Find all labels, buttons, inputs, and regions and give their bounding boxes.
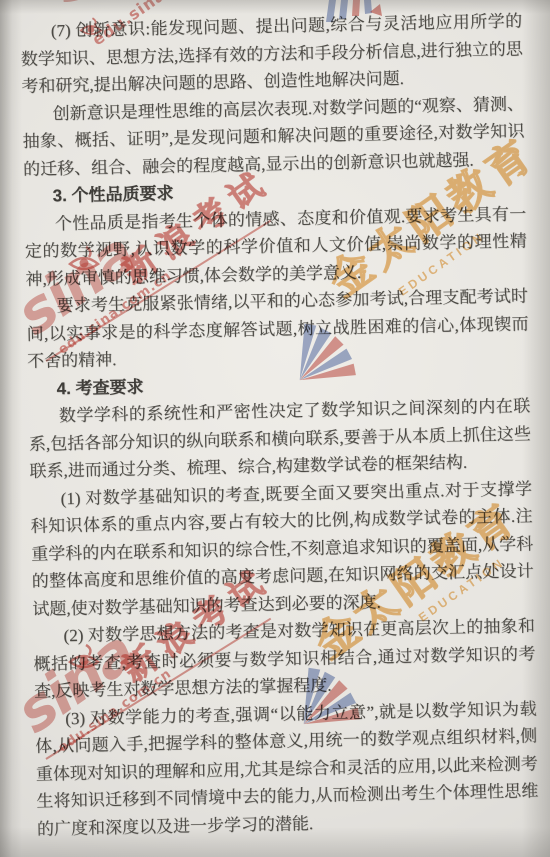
paragraph-thinking-methods: (2) 对数学思想方法的考查是对数学知识在更高层次上的抽象和概括的考查,考查时必…	[33, 612, 537, 705]
paragraph-subject-structure: 数学学科的系统性和严密性决定了数学知识之间深刻的内在联系,包括各部分知识的纵向联…	[28, 392, 532, 485]
sina-brand-text: sina	[50, 0, 188, 12]
paragraph-basic-knowledge: (1) 对数学基础知识的考查,既要全面又要突出重点.对于支撑学科知识体系的重点内…	[30, 475, 535, 623]
paragraph-innovation-awareness: (7) 创新意识:能发现问题、提出问题,综合与灵活地应用所学的数学知识、思想方法…	[20, 7, 524, 100]
paragraph-innovation-expression: 创新意识是理性思维的高层次表现.对数学问题的“观察、猜测、抽象、概括、证明”,是…	[22, 90, 526, 183]
scanned-page: (7) 创新意识:能发现问题、提出问题,综合与灵活地应用所学的数学知识、思想方法…	[0, 0, 550, 857]
paragraph-personality-definition: 个性品质是指考生个体的情感、态度和价值观.要求考生具有一定的数学视野,认识数学的…	[24, 200, 528, 293]
document-text: (7) 创新意识:能发现问题、提出问题,综合与灵活地应用所学的数学知识、思想方法…	[20, 7, 539, 842]
paragraph-ability-assessment: (3) 对数学能力的考查,强调“以能力立意”,就是以数学知识为载体,从问题入手,…	[34, 695, 539, 843]
left-gutter-shadow	[0, 0, 22, 857]
paragraph-exam-attitude: 要求考生克服紧张情绪,以平和的心态参加考试,合理支配考试时间,以实事求是的科学态…	[26, 282, 530, 375]
